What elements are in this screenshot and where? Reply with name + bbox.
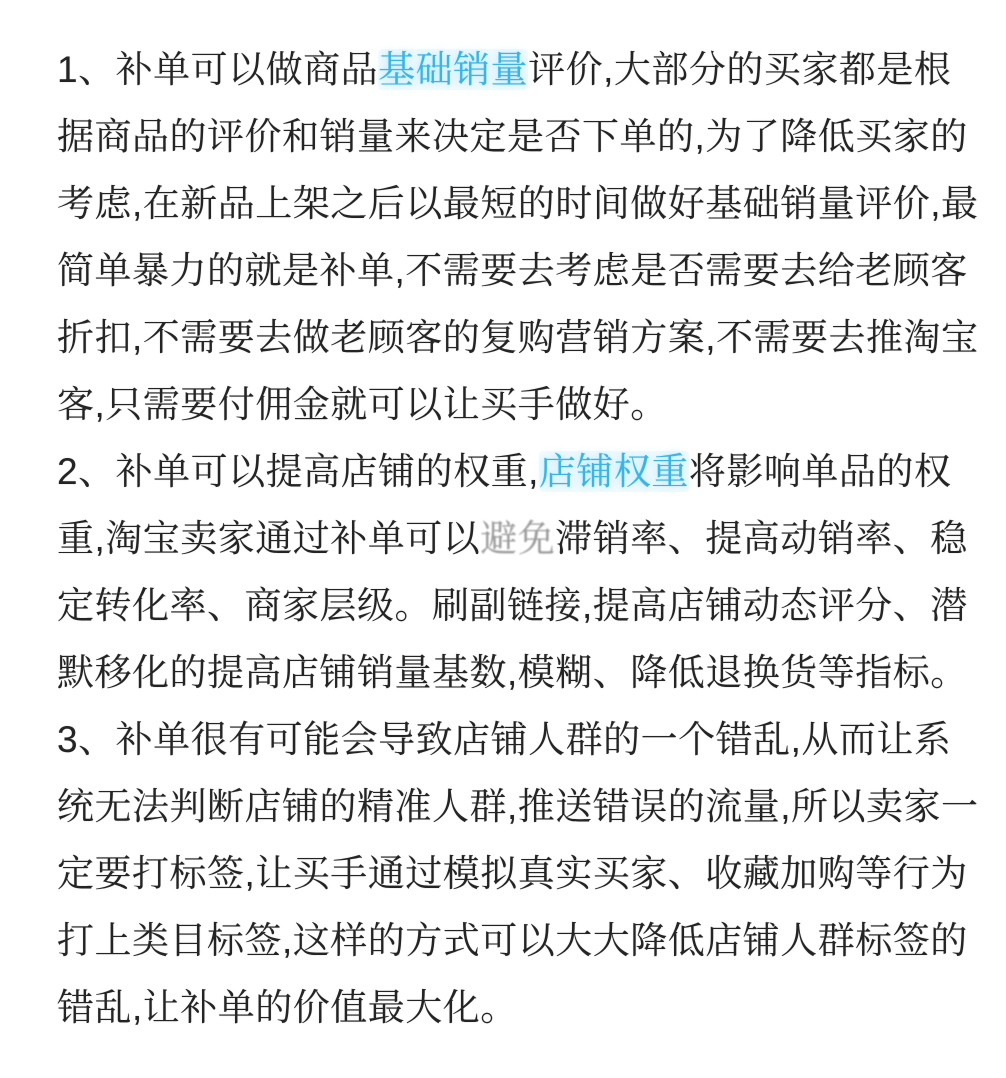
text-segment: 默移化的提高店铺销量基数,模糊、降低退换货等指标。 <box>57 652 968 693</box>
text-line: 重,淘宝卖家通过补单可以避免滞销率、提高动销率、稳 <box>57 505 957 572</box>
text-line: 3、补单很有可能会导致店铺人群的一个错乱,从而让系 <box>57 706 957 773</box>
text-line: 考虑,在新品上架之后以最短的时间做好基础销量评价,最 <box>57 170 957 237</box>
text-segment: 客,只需要付佣金就可以让买手做好。 <box>57 384 668 425</box>
text-segment: 2、补单可以提高店铺的权重, <box>57 451 539 492</box>
text-line: 定要打标签,让买手通过模拟真实买家、收藏加购等行为 <box>57 840 957 907</box>
text-segment: 打上类目标签,这样的方式可以大大降低店铺人群标签的 <box>57 920 968 961</box>
text-line: 错乱,让补单的价值最大化。 <box>57 974 957 1041</box>
text-segment: 1、补单可以做商品 <box>57 49 378 90</box>
text-line: 统无法判断店铺的精准人群,推送错误的流量,所以卖家一 <box>57 773 957 840</box>
highlighted-term-link[interactable]: 店铺权重 <box>539 451 689 492</box>
text-segment: 折扣,不需要去做老顾客的复购营销方案,不需要去推淘宝 <box>57 317 979 358</box>
text-line: 定转化率、商家层级。刷副链接,提高店铺动态评分、潜 <box>57 572 957 639</box>
text-segment: 据商品的评价和销量来决定是否下单的,为了降低买家的 <box>57 116 968 157</box>
text-line: 折扣,不需要去做老顾客的复购营销方案,不需要去推淘宝 <box>57 304 957 371</box>
highlighted-term-link[interactable]: 基础销量 <box>378 49 528 90</box>
text-segment: 定要打标签,让买手通过模拟真实买家、收藏加购等行为 <box>57 853 968 894</box>
text-line: 客,只需要付佣金就可以让买手做好。 <box>57 371 957 438</box>
text-line: 据商品的评价和销量来决定是否下单的,为了降低买家的 <box>57 103 957 170</box>
text-segment: 3、补单很有可能会导致店铺人群的一个错乱,从而让系 <box>57 719 951 760</box>
article-body: 1、补单可以做商品基础销量评价,大部分的买家都是根据商品的评价和销量来决定是否下… <box>57 36 957 1041</box>
text-segment: 评价,大部分的买家都是根 <box>528 49 951 90</box>
text-line: 打上类目标签,这样的方式可以大大降低店铺人群标签的 <box>57 907 957 974</box>
text-segment: 统无法判断店铺的精准人群,推送错误的流量,所以卖家一 <box>57 786 979 827</box>
article-page: { "page": { "background_color": "#ffffff… <box>0 0 1006 1078</box>
text-segment: 滞销率、提高动销率、稳 <box>555 518 968 559</box>
text-segment: 考虑,在新品上架之后以最短的时间做好基础销量评价,最 <box>57 183 979 224</box>
text-segment: 避免 <box>480 518 555 559</box>
text-line: 2、补单可以提高店铺的权重,店铺权重将影响单品的权 <box>57 438 957 505</box>
text-segment: 简单暴力的就是补单,不需要去考虑是否需要去给老顾客 <box>57 250 968 291</box>
text-segment: 将影响单品的权 <box>689 451 952 492</box>
text-line: 简单暴力的就是补单,不需要去考虑是否需要去给老顾客 <box>57 237 957 304</box>
text-line: 默移化的提高店铺销量基数,模糊、降低退换货等指标。 <box>57 639 957 706</box>
text-segment: 错乱,让补单的价值最大化。 <box>57 987 518 1028</box>
text-segment: 定转化率、商家层级。刷副链接,提高店铺动态评分、潜 <box>57 585 968 626</box>
text-segment: 重,淘宝卖家通过补单可以 <box>57 518 480 559</box>
text-line: 1、补单可以做商品基础销量评价,大部分的买家都是根 <box>57 36 957 103</box>
